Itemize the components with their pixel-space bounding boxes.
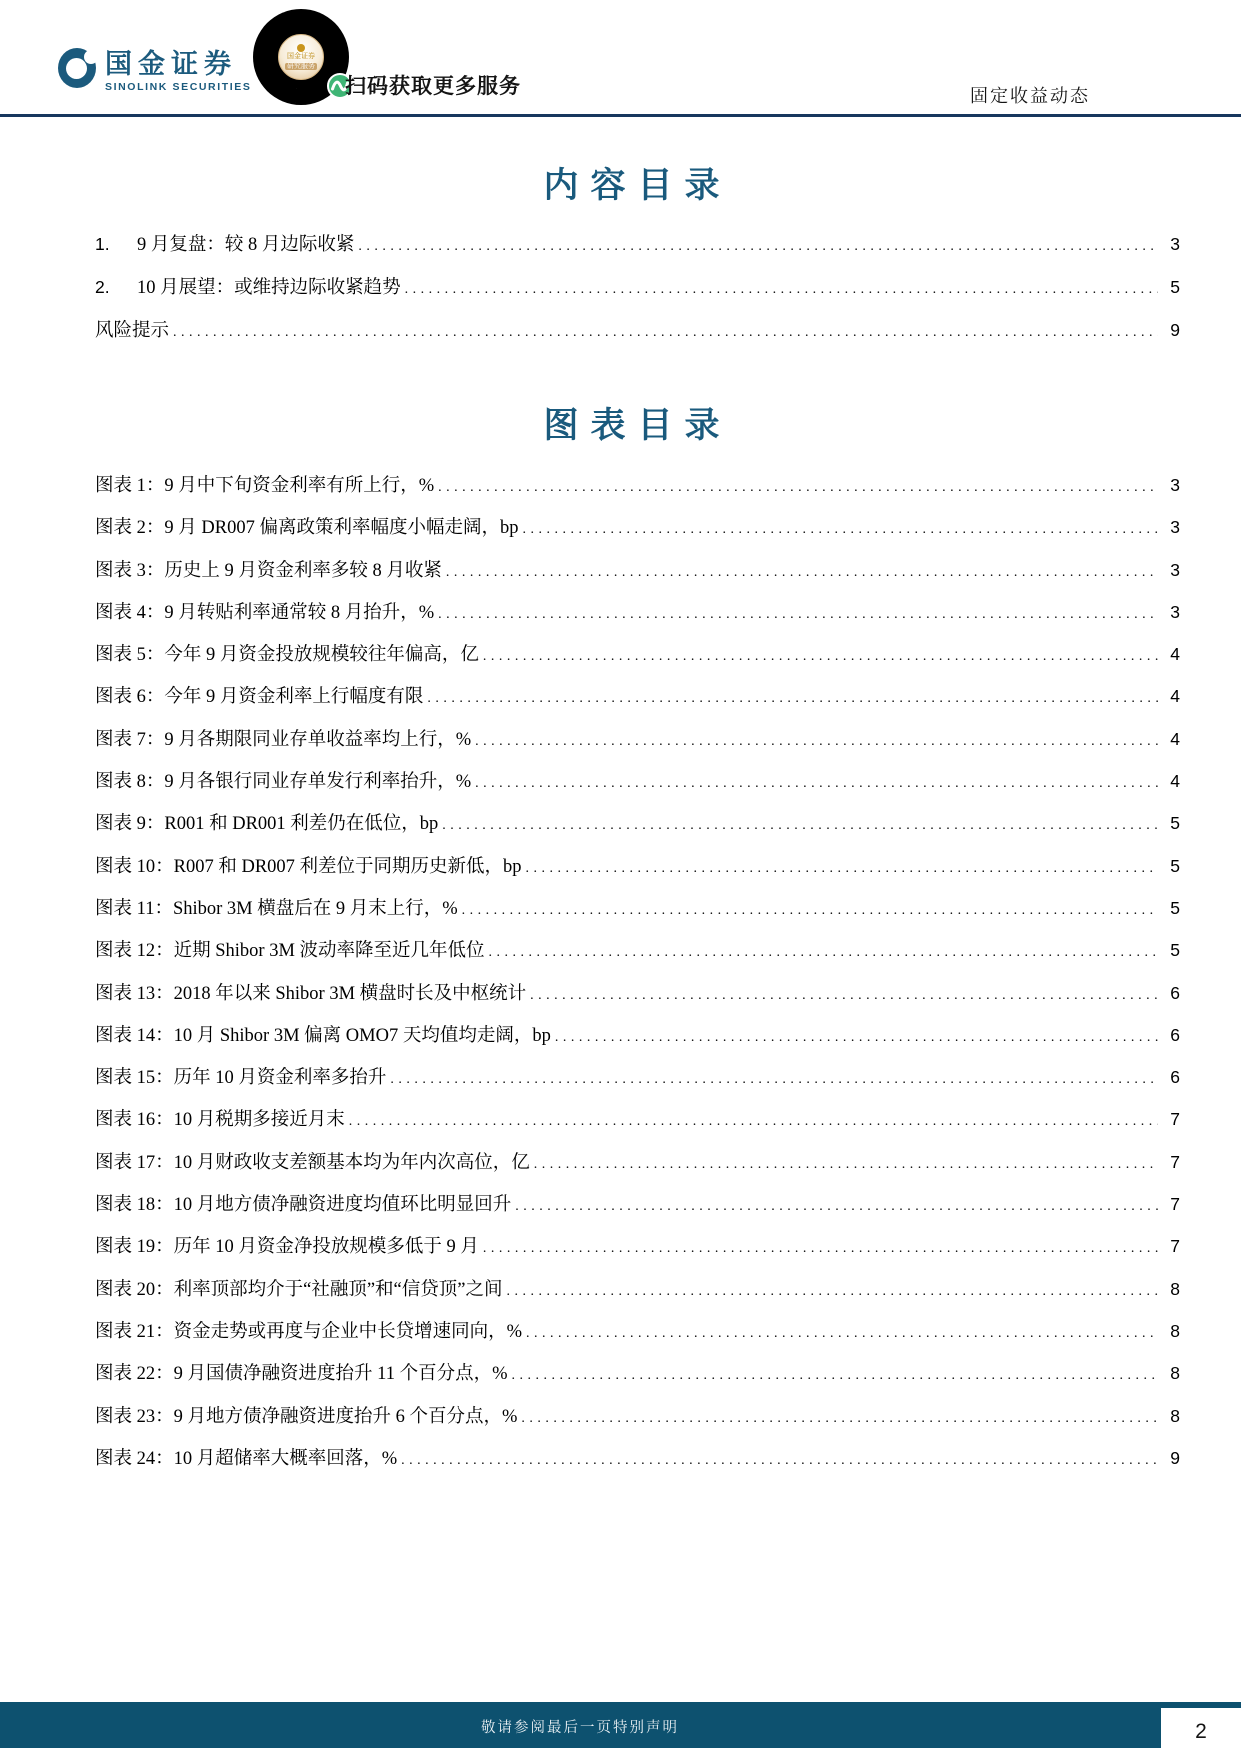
figure-entry-label: 图表 22：9 月国债净融资进度抬升 11 个百分点，%: [95, 1359, 507, 1385]
figure-entry[interactable]: 图表 20：利率顶部均介于“社融顶”和“信贷顶”之间..............…: [95, 1275, 1180, 1317]
sinolink-logo-icon: [58, 48, 96, 88]
figure-entry[interactable]: 图表 1：9 月中下旬资金利率有所上行，%...................…: [95, 471, 1180, 513]
figure-entry-label: 图表 10：R007 和 DR007 利差位于同期历史新低，bp: [95, 852, 522, 878]
qr-badge-service: 研究服务: [285, 63, 317, 71]
leader-dots: ........................................…: [405, 282, 1158, 298]
figure-entry[interactable]: 图表 4：9 月转贴利率通常较 8 月抬升，%.................…: [95, 598, 1180, 640]
qr-badge-brand: 国金证券: [287, 53, 315, 61]
figure-entry-label: 图表 13：2018 年以来 Shibor 3M 横盘时长及中枢统计: [95, 979, 526, 1005]
toc-entry[interactable]: 1. 9 月复盘：较 8 月边际收紧 .....................…: [95, 230, 1180, 273]
figure-entry-page: 5: [1162, 856, 1180, 877]
figure-entry[interactable]: 图表 24：10 月超储率大概率回落，%....................…: [95, 1444, 1180, 1486]
figure-toc-list: 图表 1：9 月中下旬资金利率有所上行，%...................…: [95, 471, 1180, 1486]
figure-entry-page: 5: [1162, 813, 1180, 834]
figure-entry-page: 3: [1162, 475, 1180, 496]
leader-dots: ........................................…: [427, 691, 1158, 707]
leader-dots: ........................................…: [515, 1199, 1158, 1215]
figure-entry-label: 图表 1：9 月中下旬资金利率有所上行，%: [95, 471, 434, 497]
figure-entry-page: 8: [1162, 1279, 1180, 1300]
figure-entry-label: 图表 7：9 月各期限同业存单收益率均上行，%: [95, 725, 471, 751]
figure-entry-page: 7: [1162, 1109, 1180, 1130]
badge-seal-icon: [297, 44, 305, 52]
leader-dots: ........................................…: [390, 1072, 1158, 1088]
figure-entry-page: 4: [1162, 686, 1180, 707]
figure-entry[interactable]: 图表 11：Shibor 3M 横盘后在 9 月末上行，%...........…: [95, 894, 1180, 936]
report-page: 国金证券 SINOLINK SECURITIES 国金证券 研究服务: [0, 0, 1241, 1755]
leader-dots: ........................................…: [438, 607, 1158, 623]
figure-entry-label: 图表 6：今年 9 月资金利率上行幅度有限: [95, 682, 423, 708]
figure-entry-page: 6: [1162, 1067, 1180, 1088]
figure-entry[interactable]: 图表 23：9 月地方债净融资进度抬升 6 个百分点，%............…: [95, 1402, 1180, 1444]
toc-entry[interactable]: 风险提示 ...................................…: [95, 316, 1180, 359]
figure-entry-page: 6: [1162, 1025, 1180, 1046]
figure-entry-label: 图表 8：9 月各银行同业存单发行利率抬升，%: [95, 767, 471, 793]
figure-entry[interactable]: 图表 9：R001 和 DR001 利差仍在低位，bp.............…: [95, 809, 1180, 851]
figure-entry-label: 图表 5：今年 9 月资金投放规模较往年偏高，亿: [95, 640, 479, 666]
qr-caption: 扫码获取更多服务: [345, 70, 521, 100]
brand-name-en: SINOLINK SECURITIES: [105, 81, 252, 93]
leader-dots: ........................................…: [526, 1326, 1158, 1342]
logo-dot: [86, 53, 95, 62]
figure-entry-label: 图表 12：近期 Shibor 3M 波动率降至近几年低位: [95, 936, 485, 962]
figure-entry[interactable]: 图表 17：10 月财政收支差额基本均为年内次高位，亿.............…: [95, 1148, 1180, 1190]
leader-dots: ........................................…: [173, 325, 1158, 341]
toc-entry-label: 9 月复盘：较 8 月边际收紧: [137, 230, 354, 256]
leader-dots: ........................................…: [521, 1411, 1158, 1427]
toc-entry-number: 1.: [95, 234, 137, 255]
leader-dots: ........................................…: [442, 818, 1158, 834]
figure-entry[interactable]: 图表 3：历史上 9 月资金利率多较 8 月收紧................…: [95, 556, 1180, 598]
content-toc-title: 内容目录: [95, 158, 1180, 208]
brand-logo: 国金证券 SINOLINK SECURITIES: [58, 48, 252, 93]
toc-entry-page: 3: [1162, 234, 1180, 255]
figure-entry-page: 4: [1162, 644, 1180, 665]
leader-dots: ........................................…: [489, 945, 1158, 961]
figure-entry-label: 图表 20：利率顶部均介于“社融顶”和“信贷顶”之间: [95, 1275, 502, 1301]
leader-dots: ........................................…: [446, 565, 1158, 581]
figure-entry[interactable]: 图表 7：9 月各期限同业存单收益率均上行，%.................…: [95, 725, 1180, 767]
figure-entry[interactable]: 图表 21：资金走势或再度与企业中长贷增速同向，%...............…: [95, 1317, 1180, 1359]
brand-name-cn: 国金证券: [105, 50, 252, 78]
footer-page-box: 2: [1161, 1708, 1241, 1755]
figure-entry-label: 图表 21：资金走势或再度与企业中长贷增速同向，%: [95, 1317, 522, 1343]
page-number: 2: [1195, 1720, 1207, 1744]
figure-toc-title: 图表目录: [95, 398, 1180, 448]
figure-entry-page: 4: [1162, 729, 1180, 750]
qr-center-badge: 国金证券 研究服务: [278, 34, 324, 80]
figure-entry[interactable]: 图表 6：今年 9 月资金利率上行幅度有限...................…: [95, 682, 1180, 724]
figure-entry-page: 5: [1162, 898, 1180, 919]
figure-entry-label: 图表 2：9 月 DR007 偏离政策利率幅度小幅走阔，bp: [95, 513, 518, 539]
header-divider: [0, 114, 1241, 117]
figure-entry-page: 3: [1162, 517, 1180, 538]
leader-dots: ........................................…: [438, 480, 1158, 496]
figure-entry-page: 8: [1162, 1363, 1180, 1384]
figure-entry-label: 图表 23：9 月地方债净融资进度抬升 6 个百分点，%: [95, 1402, 517, 1428]
figure-entry-page: 3: [1162, 560, 1180, 581]
toc-entry-label: 风险提示: [95, 316, 169, 342]
report-type-label: 固定收益动态: [970, 82, 1090, 108]
leader-dots: ........................................…: [534, 1157, 1158, 1173]
figure-entry-page: 8: [1162, 1321, 1180, 1342]
figure-entry-label: 图表 9：R001 和 DR001 利差仍在低位，bp: [95, 809, 438, 835]
leader-dots: ........................................…: [483, 1241, 1158, 1257]
figure-entry[interactable]: 图表 12：近期 Shibor 3M 波动率降至近几年低位...........…: [95, 936, 1180, 978]
figure-entry[interactable]: 图表 15：历年 10 月资金利率多抬升....................…: [95, 1063, 1180, 1105]
figure-entry[interactable]: 图表 22：9 月国债净融资进度抬升 11 个百分点，%............…: [95, 1359, 1180, 1401]
qr-code: 国金证券 研究服务: [252, 7, 350, 107]
figure-entry-label: 图表 15：历年 10 月资金利率多抬升: [95, 1063, 386, 1089]
figure-entry-page: 5: [1162, 940, 1180, 961]
leader-dots: ........................................…: [349, 1114, 1158, 1130]
leader-dots: ........................................…: [526, 861, 1158, 877]
figure-entry-label: 图表 4：9 月转贴利率通常较 8 月抬升，%: [95, 598, 434, 624]
figure-entry[interactable]: 图表 8：9 月各银行同业存单发行利率抬升，%.................…: [95, 767, 1180, 809]
leader-dots: ........................................…: [475, 734, 1158, 750]
figure-entry[interactable]: 图表 16：10 月税期多接近月末.......................…: [95, 1105, 1180, 1147]
figure-entry-label: 图表 16：10 月税期多接近月末: [95, 1105, 345, 1131]
figure-entry-label: 图表 17：10 月财政收支差额基本均为年内次高位，亿: [95, 1148, 530, 1174]
figure-entry-page: 9: [1162, 1448, 1180, 1469]
figure-entry[interactable]: 图表 14：10 月 Shibor 3M 偏离 OMO7 天均值均走阔，bp..…: [95, 1021, 1180, 1063]
figure-entry-page: 7: [1162, 1194, 1180, 1215]
leader-dots: ........................................…: [358, 239, 1158, 255]
toc-entry-page: 5: [1162, 277, 1180, 298]
toc-entry-page: 9: [1162, 320, 1180, 341]
leader-dots: ........................................…: [506, 1284, 1158, 1300]
figure-entry-label: 图表 11：Shibor 3M 横盘后在 9 月末上行，%: [95, 894, 458, 920]
leader-dots: ........................................…: [483, 649, 1158, 665]
content-toc-list: 1. 9 月复盘：较 8 月边际收紧 .....................…: [95, 230, 1180, 359]
figure-entry[interactable]: 图表 10：R007 和 DR007 利差位于同期历史新低，bp........…: [95, 852, 1180, 894]
figure-entry-page: 3: [1162, 602, 1180, 623]
figure-entry[interactable]: 图表 19：历年 10 月资金净投放规模多低于 9 月.............…: [95, 1232, 1180, 1274]
toc-entry-label: 10 月展望：或维持边际收紧趋势: [137, 273, 401, 299]
figure-entry-label: 图表 3：历史上 9 月资金利率多较 8 月收紧: [95, 556, 442, 582]
figure-entry[interactable]: 图表 5：今年 9 月资金投放规模较往年偏高，亿................…: [95, 640, 1180, 682]
figure-entry-label: 图表 19：历年 10 月资金净投放规模多低于 9 月: [95, 1232, 479, 1258]
figure-entry-label: 图表 24：10 月超储率大概率回落，%: [95, 1444, 397, 1470]
footer-disclaimer: 敬请参阅最后一页特别声明: [0, 1716, 1160, 1737]
leader-dots: ........................................…: [530, 988, 1158, 1004]
figure-entry-page: 7: [1162, 1236, 1180, 1257]
figure-entry-page: 4: [1162, 771, 1180, 792]
toc-entry-number: 2.: [95, 277, 137, 298]
leader-dots: ........................................…: [462, 903, 1158, 919]
figure-entry[interactable]: 图表 18：10 月地方债净融资进度均值环比明显回升..............…: [95, 1190, 1180, 1232]
toc-entry[interactable]: 2. 10 月展望：或维持边际收紧趋势 ....................…: [95, 273, 1180, 316]
figure-entry-label: 图表 14：10 月 Shibor 3M 偏离 OMO7 天均值均走阔，bp: [95, 1021, 551, 1047]
leader-dots: ........................................…: [401, 1453, 1158, 1469]
figure-entry[interactable]: 图表 13：2018 年以来 Shibor 3M 横盘时长及中枢统计......…: [95, 979, 1180, 1021]
figure-entry-page: 6: [1162, 983, 1180, 1004]
leader-dots: ........................................…: [475, 776, 1158, 792]
leader-dots: ........................................…: [511, 1368, 1158, 1384]
figure-entry-page: 8: [1162, 1406, 1180, 1427]
figure-entry-page: 7: [1162, 1152, 1180, 1173]
leader-dots: ........................................…: [522, 522, 1158, 538]
figure-entry[interactable]: 图表 2：9 月 DR007 偏离政策利率幅度小幅走阔，bp..........…: [95, 513, 1180, 555]
figure-entry-label: 图表 18：10 月地方债净融资进度均值环比明显回升: [95, 1190, 511, 1216]
leader-dots: ........................................…: [555, 1030, 1158, 1046]
